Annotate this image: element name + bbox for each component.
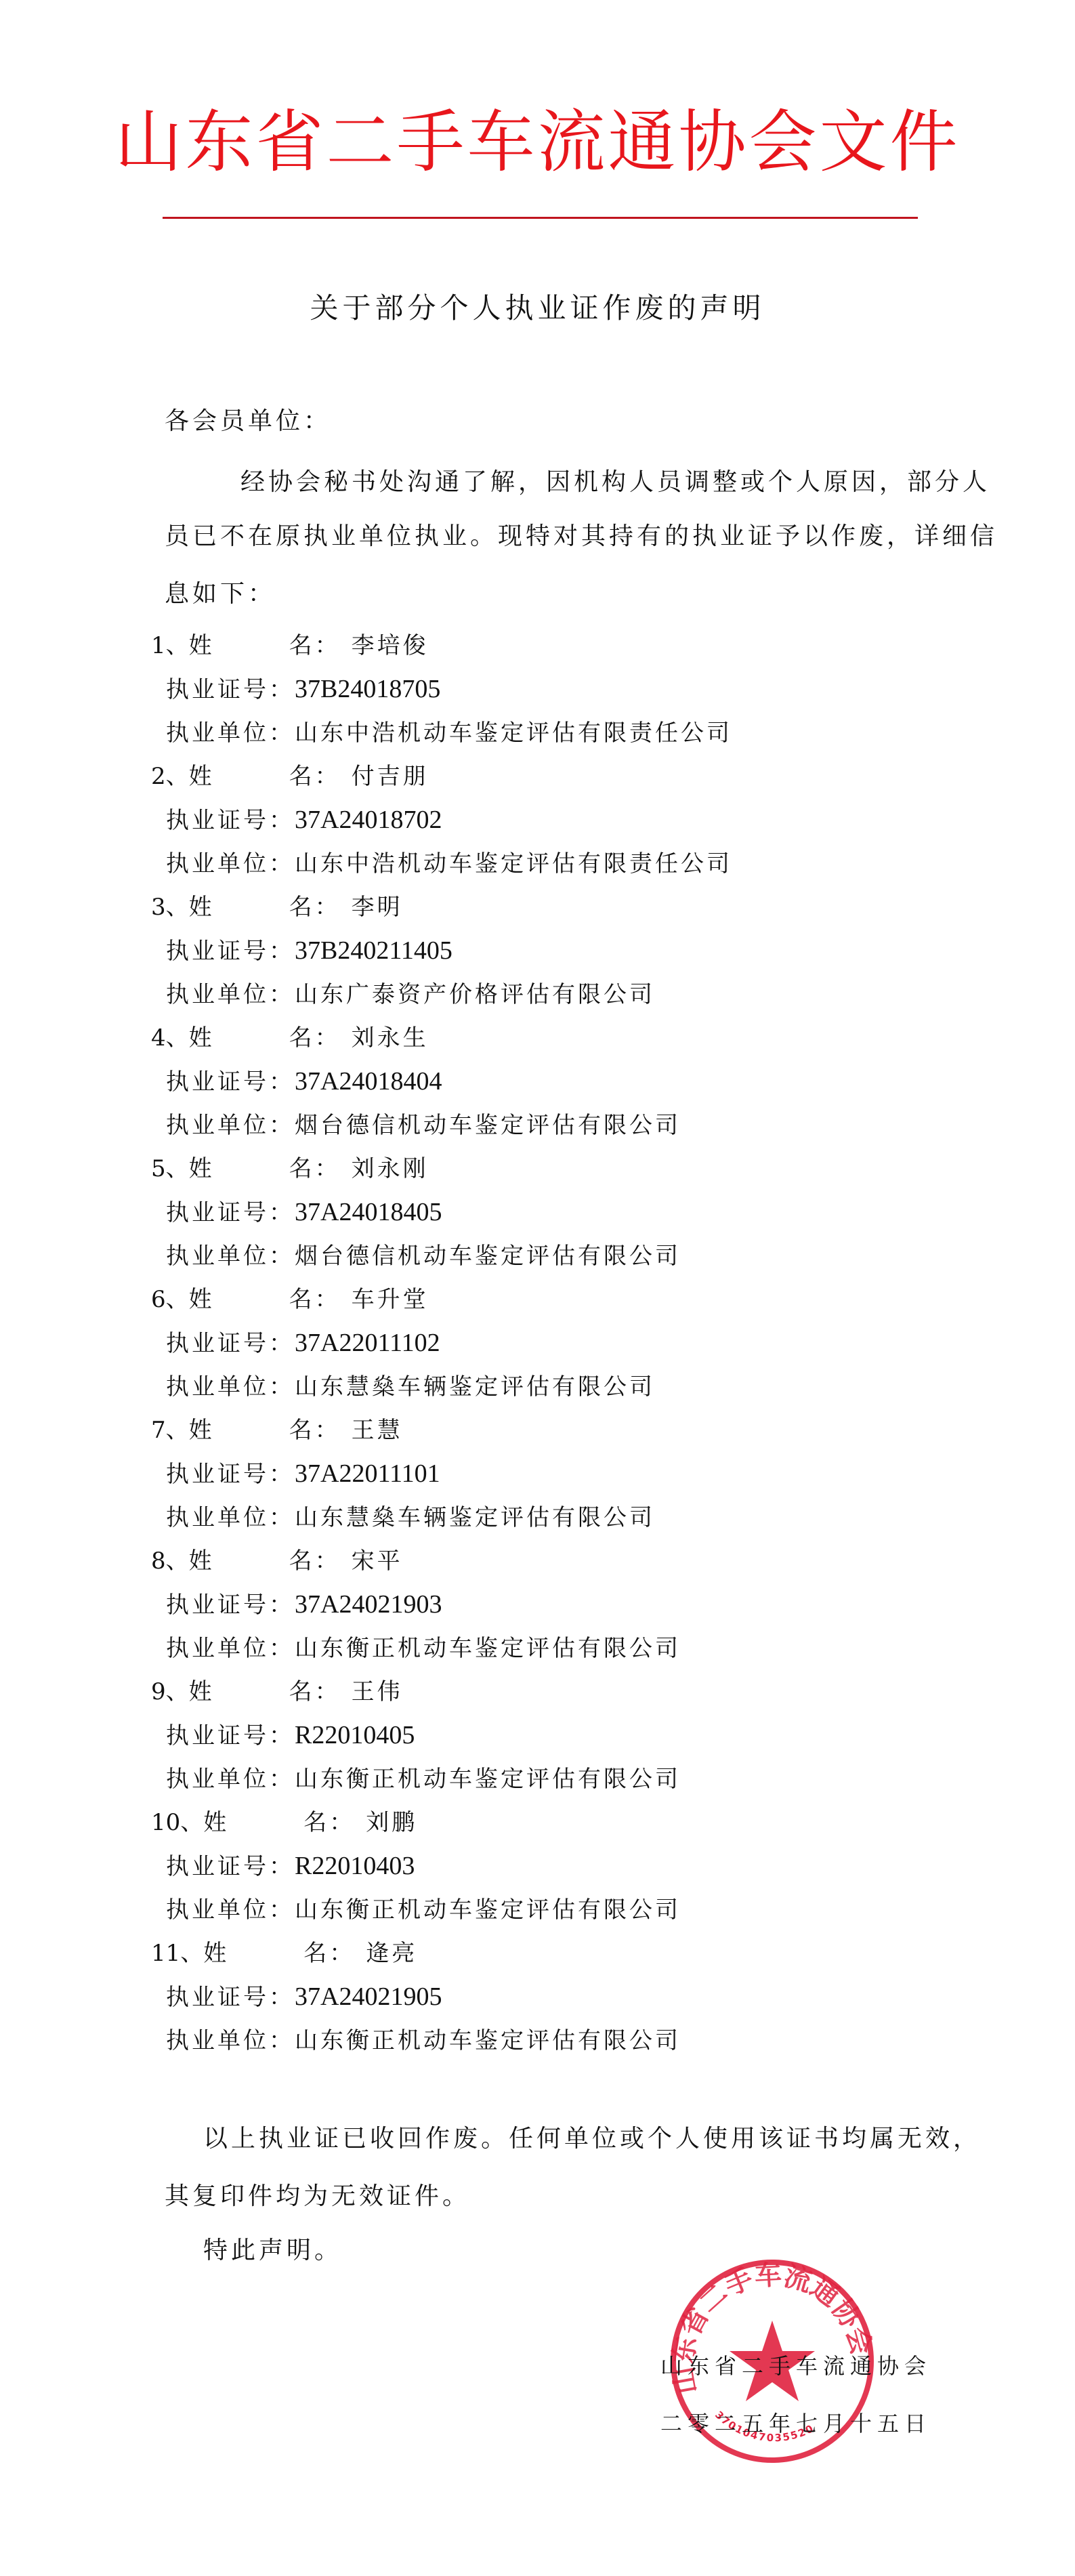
practice-unit: 山东慧燊车辆鉴定评估有限公司 — [295, 1373, 655, 1400]
entry-unit-row: 执业单位：烟台德信机动车鉴定评估有限公司 — [166, 1242, 681, 1270]
cert-number: 37A24018702 — [295, 806, 442, 834]
entry-cert-row: 执业证号：37A24018404 — [166, 1067, 442, 1096]
license-entry: 7、姓名：王慧执业证号：37A22011101执业单位：山东慧燊车辆鉴定评估有限… — [0, 1408, 1075, 1539]
cert-label: 执业证号： — [166, 1591, 295, 1619]
person-name: 刘鹏 — [366, 1809, 417, 1836]
cert-number: 37B240211405 — [295, 936, 452, 965]
entry-number: 9、 — [151, 1678, 189, 1706]
practice-unit: 山东中浩机动车鉴定评估有限责任公司 — [295, 720, 732, 747]
name-label: 姓名： — [189, 1547, 352, 1575]
cert-label: 执业证号： — [166, 1329, 295, 1358]
person-name: 李明 — [352, 894, 403, 921]
person-name: 逄亮 — [366, 1940, 417, 1967]
entry-name-row: 6、姓名：车升堂 — [151, 1285, 429, 1314]
name-label: 姓名： — [189, 1155, 352, 1183]
cert-label: 执业证号： — [166, 806, 295, 835]
unit-label: 执业单位： — [166, 850, 295, 878]
intro-line-3: 息如下： — [165, 579, 276, 609]
name-label: 姓名： — [203, 1939, 366, 1968]
entry-cert-row: 执业证号：37A22011102 — [166, 1329, 440, 1358]
practice-unit: 山东广泰资产价格评估有限公司 — [295, 981, 655, 1008]
entry-unit-row: 执业单位：山东衡正机动车鉴定评估有限公司 — [166, 1634, 681, 1663]
cert-number: R22010403 — [295, 1852, 415, 1880]
entry-number: 8、 — [151, 1547, 189, 1575]
entry-cert-row: 执业证号：R22010405 — [166, 1721, 415, 1750]
entry-number: 4、 — [151, 1024, 189, 1052]
name-label: 姓名： — [189, 762, 352, 791]
license-entry: 11、姓名：逄亮执业证号：37A24021905执业单位：山东衡正机动车鉴定评估… — [0, 1931, 1075, 2062]
cert-number: 37A24021903 — [295, 1590, 442, 1619]
document-header-title: 山东省二手车流通协会文件 — [0, 102, 1075, 183]
person-name: 王慧 — [352, 1417, 403, 1444]
cert-number: 37A22011101 — [295, 1459, 440, 1488]
cert-number: 37A24018404 — [295, 1067, 442, 1096]
cert-label: 执业证号： — [166, 937, 295, 965]
entry-cert-row: 执业证号：37B24018705 — [166, 675, 440, 704]
practice-unit: 烟台德信机动车鉴定评估有限公司 — [295, 1112, 681, 1139]
entry-cert-row: 执业证号：37B240211405 — [166, 936, 452, 965]
closing-line-2: 其复印件均为无效证件。 — [165, 2182, 470, 2211]
salutation: 各会员单位： — [165, 407, 331, 436]
entry-cert-row: 执业证号：R22010403 — [166, 1852, 415, 1881]
document-page: 山东省二手车流通协会文件 关于部分个人执业证作废的声明 各会员单位： 经协会秘书… — [0, 0, 1075, 2576]
entry-cert-row: 执业证号：37A24021903 — [166, 1590, 442, 1619]
header-red-rule — [163, 217, 918, 219]
entry-name-row: 7、姓名：王慧 — [151, 1416, 403, 1445]
license-entry: 10、姓名：刘鹏执业证号：R22010403执业单位：山东衡正机动车鉴定评估有限… — [0, 1800, 1075, 1931]
entry-cert-row: 执业证号：37A24018405 — [166, 1198, 442, 1227]
signature-organization: 山东省二手车流通协会 — [660, 2351, 931, 2381]
practice-unit: 山东衡正机动车鉴定评估有限公司 — [295, 1766, 681, 1793]
person-name: 付吉朋 — [352, 763, 429, 790]
entry-unit-row: 执业单位：山东衡正机动车鉴定评估有限公司 — [166, 1765, 681, 1793]
entry-cert-row: 执业证号：37A22011101 — [166, 1459, 440, 1489]
license-entry: 5、姓名：刘永刚执业证号：37A24018405执业单位：烟台德信机动车鉴定评估… — [0, 1146, 1075, 1277]
unit-label: 执业单位： — [166, 1765, 295, 1793]
entry-unit-row: 执业单位：山东中浩机动车鉴定评估有限责任公司 — [166, 850, 732, 878]
practice-unit: 山东衡正机动车鉴定评估有限公司 — [295, 1896, 681, 1924]
unit-label: 执业单位： — [166, 1242, 295, 1270]
license-entry: 9、姓名：王伟执业证号：R22010405执业单位：山东衡正机动车鉴定评估有限公… — [0, 1669, 1075, 1800]
entry-number: 6、 — [151, 1285, 189, 1314]
entry-unit-row: 执业单位：山东慧燊车辆鉴定评估有限公司 — [166, 1503, 655, 1532]
person-name: 车升堂 — [352, 1286, 429, 1313]
person-name: 李培俊 — [352, 632, 429, 659]
closing-line-3: 特此声明。 — [203, 2236, 342, 2266]
license-entry: 3、姓名：李明执业证号：37B240211405执业单位：山东广泰资产价格评估有… — [0, 885, 1075, 1016]
entry-name-row: 5、姓名：刘永刚 — [151, 1155, 429, 1183]
entry-name-row: 10、姓名：刘鹏 — [151, 1808, 417, 1837]
entry-name-row: 9、姓名：王伟 — [151, 1678, 403, 1706]
entry-number: 2、 — [151, 762, 189, 791]
name-label: 姓名： — [189, 1678, 352, 1706]
entry-name-row: 8、姓名：宋平 — [151, 1547, 403, 1575]
name-label: 姓名： — [189, 631, 352, 660]
cert-number: R22010405 — [295, 1721, 415, 1749]
unit-label: 执业单位： — [166, 1111, 295, 1140]
person-name: 王伟 — [352, 1678, 403, 1705]
license-entry: 1、姓名：李培俊执业证号：37B24018705执业单位：山东中浩机动车鉴定评估… — [0, 623, 1075, 754]
cert-number: 37A22011102 — [295, 1329, 440, 1357]
closing-line-1: 以上执业证已收回作废。任何单位或个人使用该证书均属无效， — [203, 2124, 981, 2154]
intro-line-1: 经协会秘书处沟通了解，因机构人员调整或个人原因，部分人 — [240, 468, 990, 497]
cert-label: 执业证号： — [166, 1722, 295, 1750]
revoked-license-list: 1、姓名：李培俊执业证号：37B24018705执业单位：山东中浩机动车鉴定评估… — [0, 623, 1075, 2062]
entry-name-row: 11、姓名：逄亮 — [151, 1939, 417, 1968]
entry-unit-row: 执业单位：山东衡正机动车鉴定评估有限公司 — [166, 1896, 681, 1924]
person-name: 刘永生 — [352, 1024, 429, 1052]
entry-unit-row: 执业单位：山东慧燊车辆鉴定评估有限公司 — [166, 1373, 655, 1401]
entry-number: 1、 — [151, 631, 189, 660]
unit-label: 执业单位： — [166, 2027, 295, 2055]
license-entry: 4、姓名：刘永生执业证号：37A24018404执业单位：烟台德信机动车鉴定评估… — [0, 1016, 1075, 1146]
cert-label: 执业证号： — [166, 676, 295, 704]
cert-label: 执业证号： — [166, 1983, 295, 2012]
signature-date: 二零二五年七月十五日 — [660, 2409, 931, 2438]
entry-cert-row: 执业证号：37A24018702 — [166, 806, 442, 835]
practice-unit: 山东中浩机动车鉴定评估有限责任公司 — [295, 850, 732, 877]
name-label: 姓名： — [189, 1285, 352, 1314]
person-name: 刘永刚 — [352, 1155, 429, 1182]
practice-unit: 山东慧燊车辆鉴定评估有限公司 — [295, 1504, 655, 1531]
entry-number: 5、 — [151, 1155, 189, 1183]
entry-unit-row: 执业单位：山东中浩机动车鉴定评估有限责任公司 — [166, 719, 732, 747]
cert-label: 执业证号： — [166, 1852, 295, 1881]
license-entry: 2、姓名：付吉朋执业证号：37A24018702执业单位：山东中浩机动车鉴定评估… — [0, 754, 1075, 885]
practice-unit: 烟台德信机动车鉴定评估有限公司 — [295, 1243, 681, 1270]
entry-unit-row: 执业单位：山东衡正机动车鉴定评估有限公司 — [166, 2027, 681, 2055]
unit-label: 执业单位： — [166, 980, 295, 1009]
unit-label: 执业单位： — [166, 1634, 295, 1663]
cert-label: 执业证号： — [166, 1460, 295, 1489]
license-entry: 8、姓名：宋平执业证号：37A24021903执业单位：山东衡正机动车鉴定评估有… — [0, 1539, 1075, 1669]
entry-number: 7、 — [151, 1416, 189, 1445]
cert-number: 37A24018405 — [295, 1198, 442, 1226]
entry-name-row: 2、姓名：付吉朋 — [151, 762, 429, 791]
cert-number: 37B24018705 — [295, 675, 440, 703]
entry-unit-row: 执业单位：山东广泰资产价格评估有限公司 — [166, 980, 655, 1009]
unit-label: 执业单位： — [166, 1503, 295, 1532]
statement-title: 关于部分个人执业证作废的声明 — [0, 291, 1075, 325]
unit-label: 执业单位： — [166, 1373, 295, 1401]
unit-label: 执业单位： — [166, 719, 295, 747]
person-name: 宋平 — [352, 1547, 403, 1575]
name-label: 姓名： — [189, 1416, 352, 1445]
name-label: 姓名： — [203, 1808, 366, 1837]
entry-name-row: 1、姓名：李培俊 — [151, 631, 429, 660]
entry-number: 11、 — [151, 1939, 203, 1968]
unit-label: 执业单位： — [166, 1896, 295, 1924]
name-label: 姓名： — [189, 1024, 352, 1052]
cert-label: 执业证号： — [166, 1199, 295, 1227]
entry-unit-row: 执业单位：烟台德信机动车鉴定评估有限公司 — [166, 1111, 681, 1140]
name-label: 姓名： — [189, 893, 352, 921]
cert-label: 执业证号： — [166, 1068, 295, 1096]
intro-line-2: 员已不在原执业单位执业。现特对其持有的执业证予以作废，详细信 — [165, 522, 998, 552]
entry-number: 10、 — [151, 1808, 203, 1837]
entry-name-row: 4、姓名：刘永生 — [151, 1024, 429, 1052]
entry-number: 3、 — [151, 893, 189, 921]
practice-unit: 山东衡正机动车鉴定评估有限公司 — [295, 1635, 681, 1662]
entry-cert-row: 执业证号：37A24021905 — [166, 1982, 442, 2012]
license-entry: 6、姓名：车升堂执业证号：37A22011102执业单位：山东慧燊车辆鉴定评估有… — [0, 1277, 1075, 1408]
entry-name-row: 3、姓名：李明 — [151, 893, 403, 921]
practice-unit: 山东衡正机动车鉴定评估有限公司 — [295, 2027, 681, 2054]
cert-number: 37A24021905 — [295, 1982, 442, 2011]
